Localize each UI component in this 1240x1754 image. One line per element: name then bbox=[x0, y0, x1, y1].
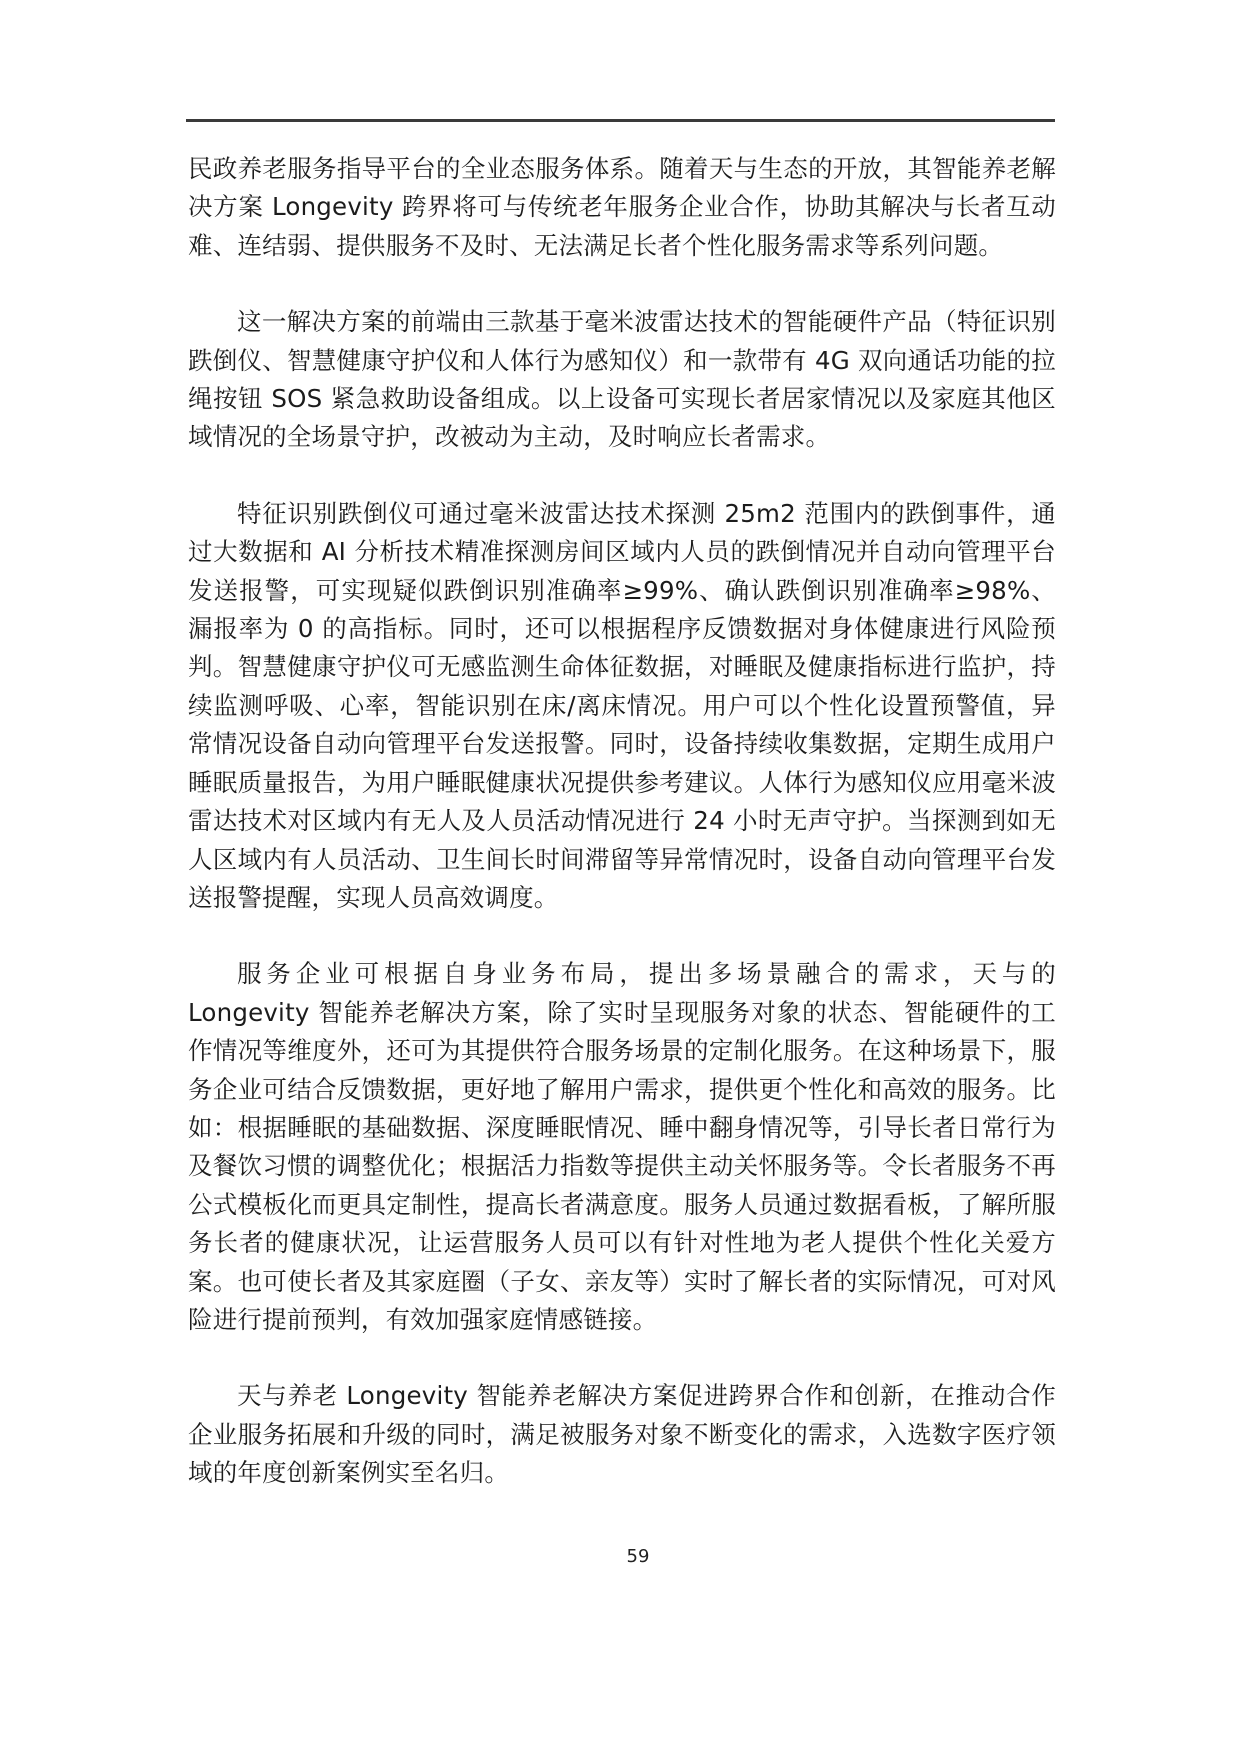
paragraph-2: 这一解决方案的前端由三款基于毫米波雷达技术的智能硬件产品（特征识别跌倒仪、智慧健… bbox=[188, 303, 1056, 457]
page-number: 59 bbox=[0, 1546, 1240, 1567]
header-rule bbox=[186, 119, 1055, 122]
paragraph-3: 特征识别跌倒仪可通过毫米波雷达技术探测 25m2 范围内的跌倒事件，通过大数据和… bbox=[188, 495, 1056, 917]
document-body: 民政养老服务指导平台的全业态服务体系。随着天与生态的开放，其智能养老解决方案 L… bbox=[188, 150, 1056, 1531]
paragraph-5: 天与养老 Longevity 智能养老解决方案促进跨界合作和创新，在推动合作企业… bbox=[188, 1377, 1056, 1492]
paragraph-1: 民政养老服务指导平台的全业态服务体系。随着天与生态的开放，其智能养老解决方案 L… bbox=[188, 150, 1056, 265]
paragraph-4: 服务企业可根据自身业务布局，提出多场景融合的需求，天与的 Longevity 智… bbox=[188, 955, 1056, 1339]
